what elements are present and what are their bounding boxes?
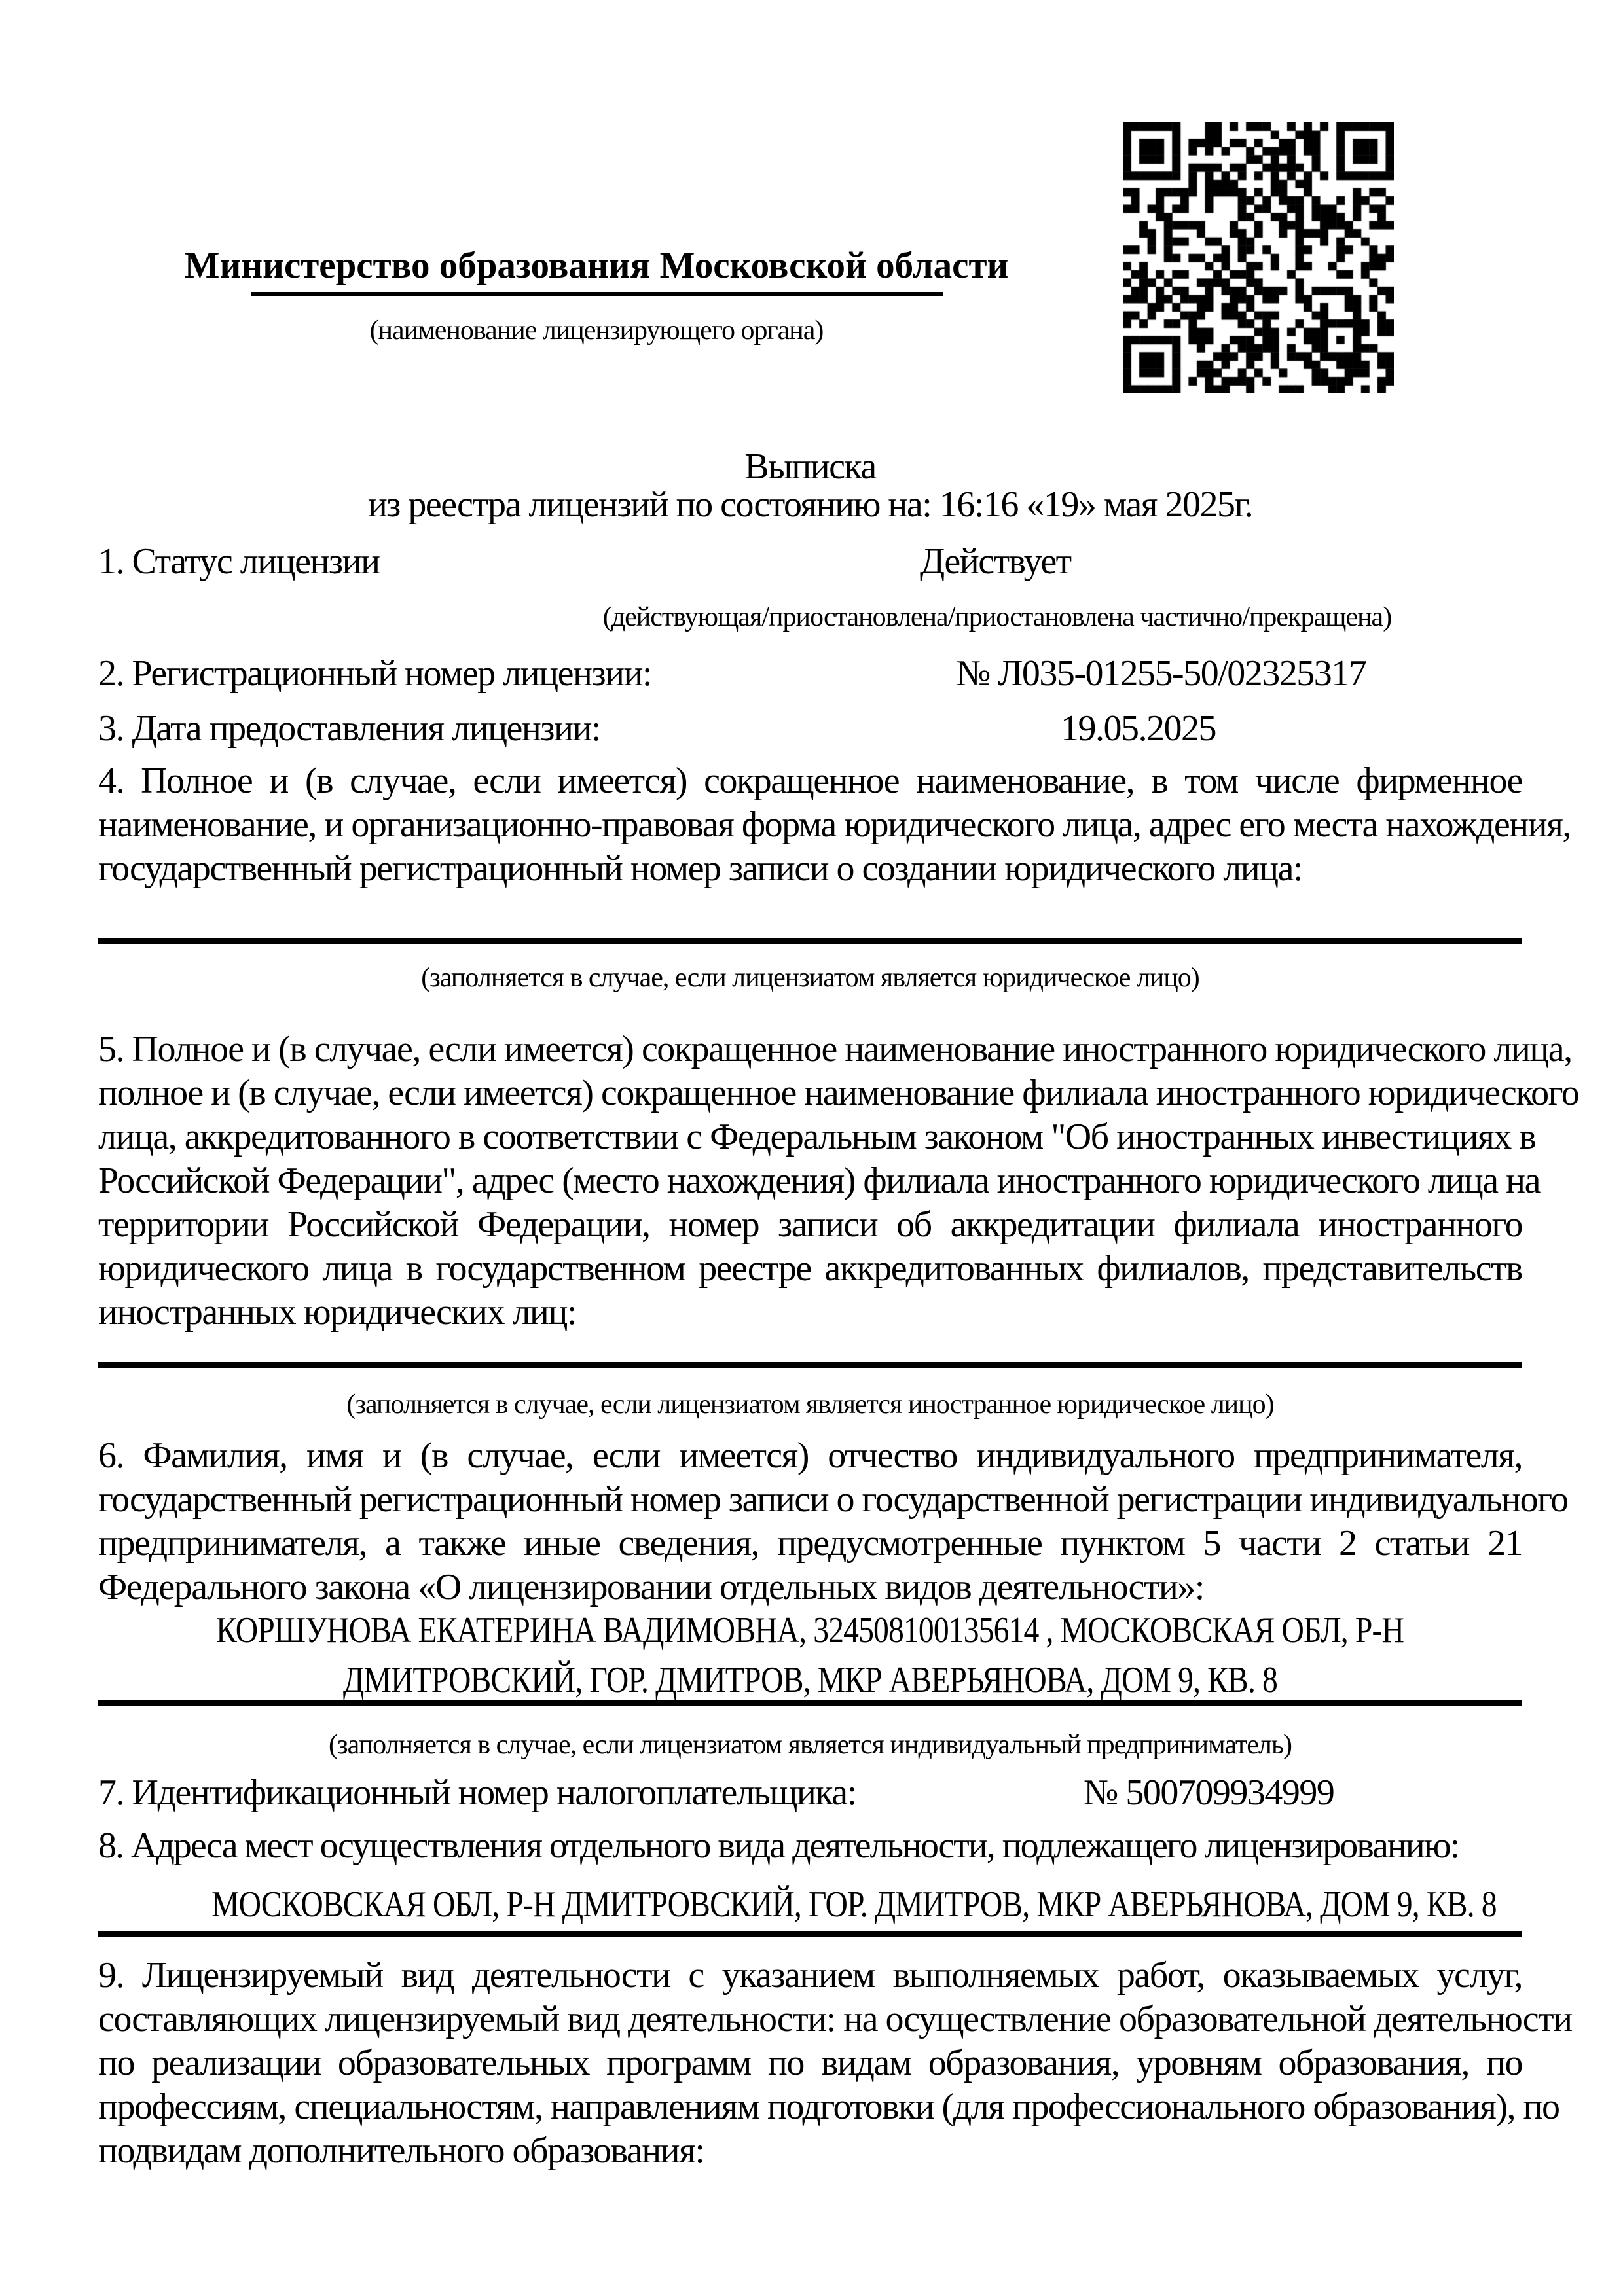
paragraph-line: по реализации образовательных программ п…	[98, 2041, 1522, 2085]
paragraph-line: 5. Полное и (в случае, если имеется) сок…	[98, 1028, 1522, 1071]
paragraph-line: юридического лица в государственном реес…	[98, 1247, 1522, 1291]
registration-number-value: № Л035-01255-50/02325317	[956, 652, 1366, 696]
paragraph-line: 4. Полное и (в случае, если имеется) сок…	[98, 759, 1522, 803]
field-rule-address	[98, 1931, 1522, 1937]
activity-address-value: МОСКОВСКАЯ ОБЛ, Р-Н ДМИТРОВСКИЙ, ГОР. ДМ…	[98, 1883, 1522, 1927]
paragraph-line: Российской Федерации", адрес (место нахо…	[98, 1159, 1522, 1203]
paragraph-line: подвидам дополнительного образования:	[98, 2129, 1522, 2173]
paragraph-line: государственный регистрационный номер за…	[98, 1478, 1522, 1522]
document-title: Выписка	[98, 445, 1522, 489]
paragraph-line: наименование, и организационно-правовая …	[98, 803, 1522, 847]
individual-entrepreneur-caption: (заполняется в случае, если лицензиатом …	[98, 1729, 1522, 1761]
license-date-value: 19.05.2025	[1061, 707, 1216, 751]
paragraph-line: полное и (в случае, если имеется) сокращ…	[98, 1071, 1522, 1115]
license-status-caption: (действующая/приостановлена/приостановле…	[603, 601, 1391, 634]
license-status-value: Действует	[920, 540, 1071, 584]
license-status-label: 1. Статус лицензии	[98, 540, 380, 584]
paragraph-line: 6. Фамилия, имя и (в случае, если имеетс…	[98, 1434, 1522, 1478]
foreign-entity-caption: (заполняется в случае, если лицензиатом …	[98, 1388, 1522, 1421]
entrepreneur-details-line: ДМИТРОВСКИЙ, ГОР. ДМИТРОВ, МКР АВЕРЬЯНОВ…	[343, 1655, 1277, 1705]
paragraph-line: составляющих лицензируемый вид деятельно…	[98, 1998, 1522, 2041]
paragraph-line: Федерального закона «О лицензировании от…	[98, 1566, 1522, 1609]
qr-code-icon	[1123, 122, 1394, 393]
document-subtitle: из реестра лицензий по состоянию на: 16:…	[98, 483, 1522, 527]
activity-addresses-label: 8. Адреса мест осуществления отдельного …	[98, 1824, 1459, 1868]
paragraph-line: предпринимателя, а также иные сведения, …	[98, 1522, 1522, 1566]
paragraph-individual-entrepreneur: 6. Фамилия, имя и (в случае, если имеетс…	[98, 1434, 1522, 1609]
legal-entity-caption: (заполняется в случае, если лицензиатом …	[98, 961, 1522, 994]
licensing-authority-name: Министерство образования Московской обла…	[0, 243, 1193, 287]
registration-number-label: 2. Регистрационный номер лицензии:	[98, 652, 651, 696]
entrepreneur-details-line: КОРШУНОВА ЕКАТЕРИНА ВАДИМОВНА, 324508100…	[216, 1605, 1404, 1655]
field-rule-foreign-entity	[98, 1362, 1522, 1368]
header-underline	[251, 292, 943, 296]
taxpayer-number-value: № 500709934999	[1084, 1771, 1334, 1815]
paragraph-line: профессиям, специальностям, направлениям…	[98, 2085, 1522, 2129]
licensing-authority-caption: (наименование лицензирующего органа)	[0, 314, 1193, 347]
paragraph-line: лица, аккредитованного в соответствии с …	[98, 1115, 1522, 1159]
paragraph-foreign-entity: 5. Полное и (в случае, если имеется) сок…	[98, 1028, 1522, 1335]
field-rule-individual-entrepreneur	[98, 1700, 1522, 1706]
paragraph-legal-entity: 4. Полное и (в случае, если имеется) сок…	[98, 759, 1522, 891]
paragraph-line: территории Российской Федерации, номер з…	[98, 1203, 1522, 1247]
paragraph-line: государственный регистрационный номер за…	[98, 847, 1522, 891]
activity-address-line: МОСКОВСКАЯ ОБЛ, Р-Н ДМИТРОВСКИЙ, ГОР. ДМ…	[211, 1883, 1497, 1927]
field-rule-legal-entity	[98, 938, 1522, 944]
license-date-label: 3. Дата предоставления лицензии:	[98, 707, 600, 751]
paragraph-licensed-activity: 9. Лицензируемый вид деятельности с указ…	[98, 1954, 1522, 2173]
taxpayer-number-label: 7. Идентификационный номер налогоплатель…	[98, 1771, 856, 1815]
paragraph-line: иностранных юридических лиц:	[98, 1291, 1522, 1335]
license-extract-document: Министерство образования Московской обла…	[0, 0, 1623, 2296]
entrepreneur-details: КОРШУНОВА ЕКАТЕРИНА ВАДИМОВНА, 324508100…	[98, 1605, 1522, 1705]
paragraph-line: 9. Лицензируемый вид деятельности с указ…	[98, 1954, 1522, 1998]
